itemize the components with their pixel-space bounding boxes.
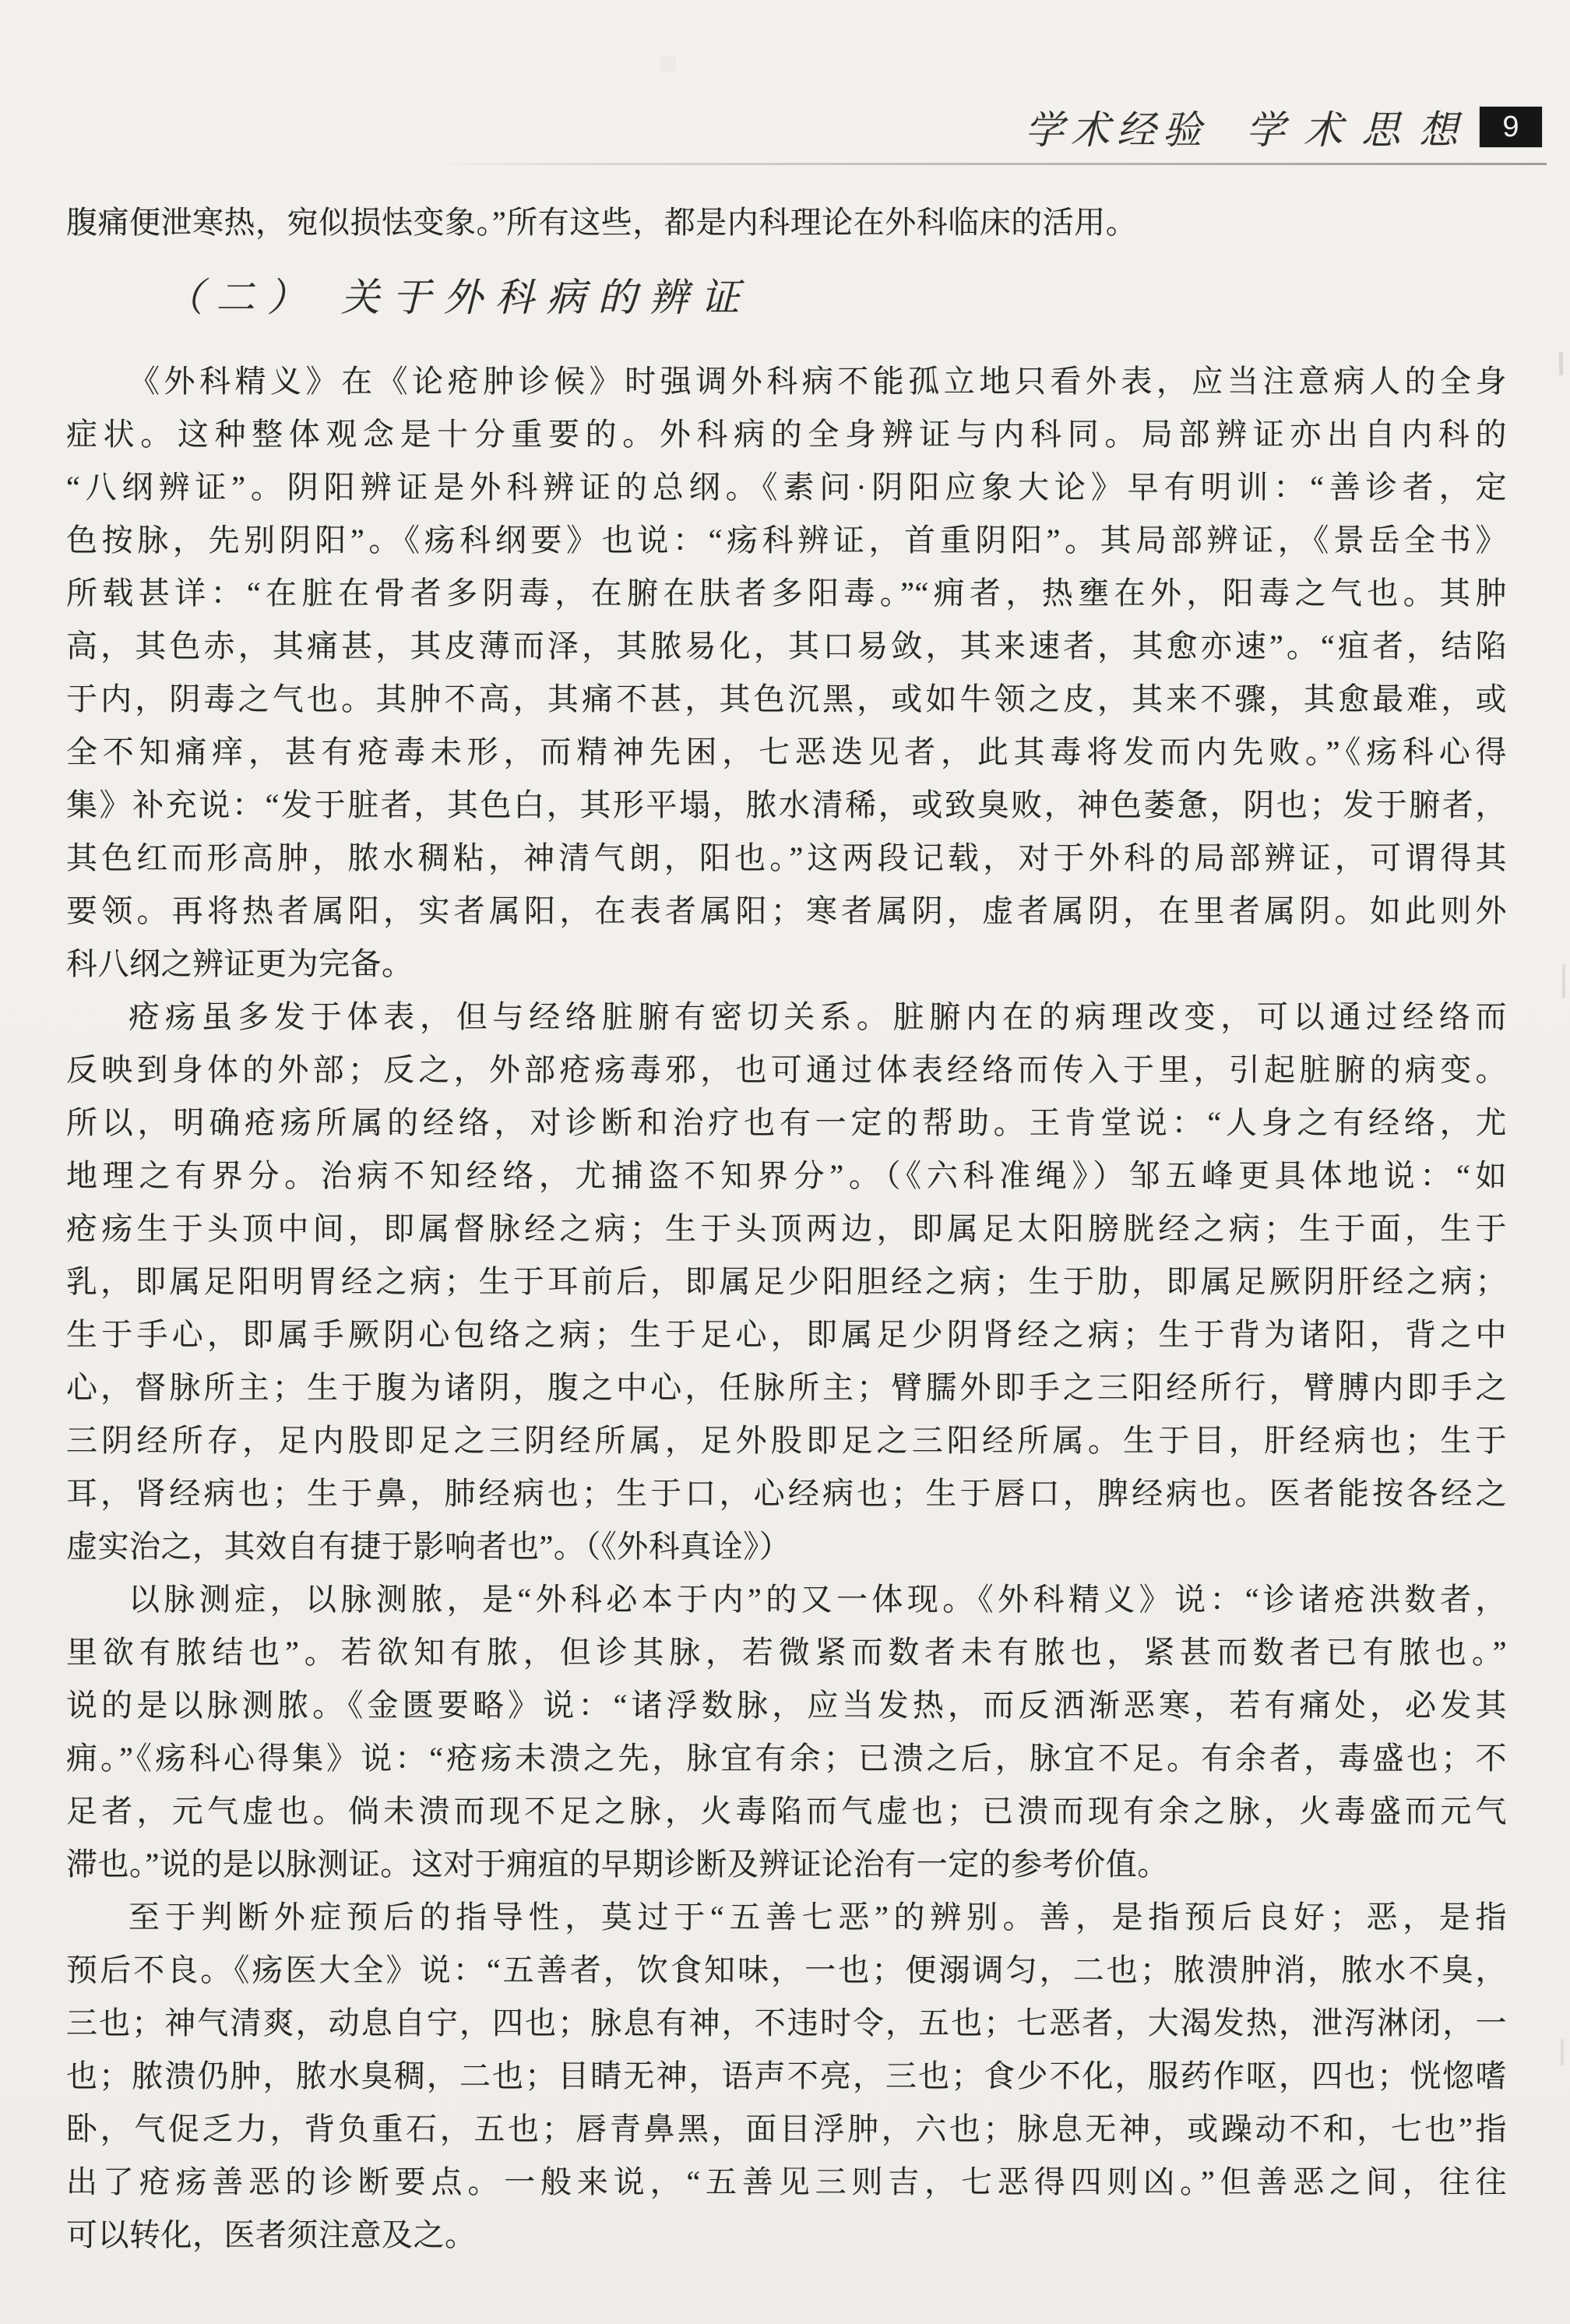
intro-paragraph: 腹痛便泄寒热，宛似损怯变象。”所有这些，都是内科理论在外科临床的活用。 (66, 196, 1507, 249)
text-line: 要领。再将热者属阳，实者属阳，在表者属阳；寒者属阴，虚者属阴，在里者属阴。如此则… (66, 885, 1507, 938)
page-content: 腹痛便泄寒热，宛似损怯变象。”所有这些，都是内科理论在外科临床的活用。 （二） … (66, 196, 1507, 2262)
text-line: 至于判断外症预后的指导性，莫过于“五善七恶”的辨别。善，是指预后良好；恶，是指 (66, 1891, 1507, 1944)
text-line: 足者，元气虚也。倘未溃而现不足之脉，火毒陷而气虚也；已溃而现有余之脉，火毒盛而元… (66, 1785, 1507, 1838)
text-line: 痈。”《疡科心得集》说：“疮疡未溃之先，脉宜有余；已溃之后，脉宜不足。有余者，毒… (66, 1732, 1507, 1785)
text-line: 乳，即属足阳明胃经之病；生于耳前后，即属足少阳胆经之病；生于肋，即属足厥阴肝经之… (66, 1255, 1507, 1308)
paragraph-1: 《外科精义》在《论疮肿诊候》时强调外科病不能孤立地只看外表，应当注意病人的全身症… (66, 355, 1507, 991)
text-line: 《外科精义》在《论疮肿诊候》时强调外科病不能孤立地只看外表，应当注意病人的全身 (66, 355, 1507, 408)
text-line: 卧，气促乏力，背负重石，五也；唇青鼻黑，面目浮肿，六也；脉息无神，或躁动不和，七… (66, 2103, 1507, 2156)
paragraph-3: 以脉测症，以脉测脓，是“外科必本于内”的又一体现。《外科精义》说：“诊诸疮洪数者… (66, 1573, 1507, 1891)
text-line: 出了疮疡善恶的诊断要点。一般来说，“五善见三则吉，七恶得四则凶。”但善恶之间，往… (66, 2156, 1507, 2209)
text-line: 集》补充说：“发于脏者，其色白，其形平塌，脓水清稀，或致臭败，神色萎惫，阴也；发… (66, 779, 1507, 832)
text-line: 高，其色赤，其痛甚，其皮薄而泽，其脓易化，其口易敛，其来速者，其愈亦速”。“疽者… (66, 620, 1507, 673)
running-head-left: 学术经验 (1025, 99, 1209, 155)
scan-artifact (1559, 352, 1563, 375)
section-heading: （二） 关于外科病的辨证 (66, 273, 1507, 322)
text-line: 心，督脉所主；生于腹为诸阴，腹之中心，任脉所主；臂臑外即手之三阳经所行，臂膊内即… (66, 1361, 1507, 1414)
running-head-right: 学术思想 (1246, 99, 1477, 155)
scan-artifact (1561, 2039, 1564, 2065)
text-line: 三也；神气清爽，动息自宁，四也；脉息有神，不违时令，五也；七恶者，大渴发热，泄泻… (66, 1997, 1507, 2050)
text-line: “八纲辨证”。阴阳辨证是外科辨证的总纲。《素问·阴阳应象大论》早有明训：“善诊者… (66, 461, 1507, 514)
text-line: 以脉测症，以脉测脓，是“外科必本于内”的又一体现。《外科精义》说：“诊诸疮洪数者… (66, 1573, 1507, 1626)
paragraph-4: 至于判断外症预后的指导性，莫过于“五善七恶”的辨别。善，是指预后良好；恶，是指预… (66, 1891, 1507, 2262)
text-line: 说的是以脉测脓。《金匮要略》说：“诸浮数脉，应当发热，而反洒渐恶寒，若有痛处，必… (66, 1679, 1507, 1732)
text-line: 科八纲之辨证更为完备。 (66, 938, 1507, 991)
text-line: 色按脉，先别阴阳”。《疡科纲要》也说：“疡科辨证，首重阴阳”。其局部辨证，《景岳… (66, 514, 1507, 567)
text-line: 也；脓溃仍肿，脓水臭稠，二也；目睛无神，语声不亮，三也；食少不化，服药作呕，四也… (66, 2050, 1507, 2103)
text-line: 滞也。”说的是以脉测证。这对于痈疽的早期诊断及辨证论治有一定的参考价值。 (66, 1838, 1507, 1891)
text-line: 症状。这种整体观念是十分重要的。外科病的全身辨证与内科同。局部辨证亦出自内科的 (66, 408, 1507, 461)
text-line: 预后不良。《疡医大全》说：“五善者，饮食知味，一也；便溺调匀，二也；脓溃肿消，脓… (66, 1944, 1507, 1997)
text-line: 可以转化，医者须注意及之。 (66, 2209, 1507, 2262)
scan-artifact (1562, 964, 1565, 998)
page-header: 学术经验 学术思想 9 (0, 98, 1542, 156)
text-line: 腹痛便泄寒热，宛似损怯变象。”所有这些，都是内科理论在外科临床的活用。 (66, 196, 1507, 249)
paragraph-2: 疮疡虽多发于体表，但与经络脏腑有密切关系。脏腑内在的病理改变，可以通过经络而反映… (66, 991, 1507, 1573)
page-number-badge: 9 (1480, 107, 1542, 147)
text-line: 疮疡虽多发于体表，但与经络脏腑有密切关系。脏腑内在的病理改变，可以通过经络而 (66, 991, 1507, 1044)
text-line: 反映到身体的外部；反之，外部疮疡毒邪，也可通过体表经络而传入于里，引起脏腑的病变… (66, 1044, 1507, 1097)
text-line: 于内，阴毒之气也。其肿不高，其痛不甚，其色沉黑，或如牛领之皮，其来不骤，其愈最难… (66, 673, 1507, 726)
text-line: 虚实治之，其效自有捷于影响者也”。（《外科真诠》） (66, 1520, 1507, 1573)
text-line: 三阴经所存，足内股即足之三阴经所属，足外股即足之三阳经所属。生于目，肝经病也；生… (66, 1414, 1507, 1467)
text-line: 全不知痛痒，甚有疮毒未形，而精神先困，七恶迭见者，此其毒将发而内先败。”《疡科心… (66, 726, 1507, 779)
book-page: 学术经验 学术思想 9 腹痛便泄寒热，宛似损怯变象。”所有这些，都是内科理论在外… (0, 0, 1570, 2324)
text-line: 生于手心，即属手厥阴心包络之病；生于足心，即属足少阴肾经之病；生于背为诸阳，背之… (66, 1308, 1507, 1361)
text-line: 地理之有界分。治病不知经络，尤捕盗不知界分”。（《六科准绳》）邹五峰更具体地说：… (66, 1150, 1507, 1202)
text-line: 里欲有脓结也”。若欲知有脓，但诊其脉，若微紧而数者未有脓也，紧甚而数者已有脓也。… (66, 1626, 1507, 1679)
text-line: 耳，肾经病也；生于鼻，肺经病也；生于口，心经病也；生于唇口，脾经病也。医者能按各… (66, 1467, 1507, 1520)
text-line: 所以，明确疮疡所属的经络，对诊断和治疗也有一定的帮助。王肯堂说：“人身之有经络，… (66, 1097, 1507, 1150)
header-rule (430, 163, 1547, 165)
text-line: 疮疡生于头顶中间，即属督脉经之病；生于头顶两边，即属足太阳膀胱经之病；生于面，生… (66, 1202, 1507, 1255)
scan-artifact (660, 56, 676, 72)
text-line: 其色红而形高肿，脓水稠粘，神清气朗，阳也。”这两段记载，对于外科的局部辨证，可谓… (66, 832, 1507, 885)
text-line: 所载甚详：“在脏在骨者多阴毒，在腑在肤者多阳毒。”“痈者，热壅在外，阳毒之气也。… (66, 567, 1507, 620)
